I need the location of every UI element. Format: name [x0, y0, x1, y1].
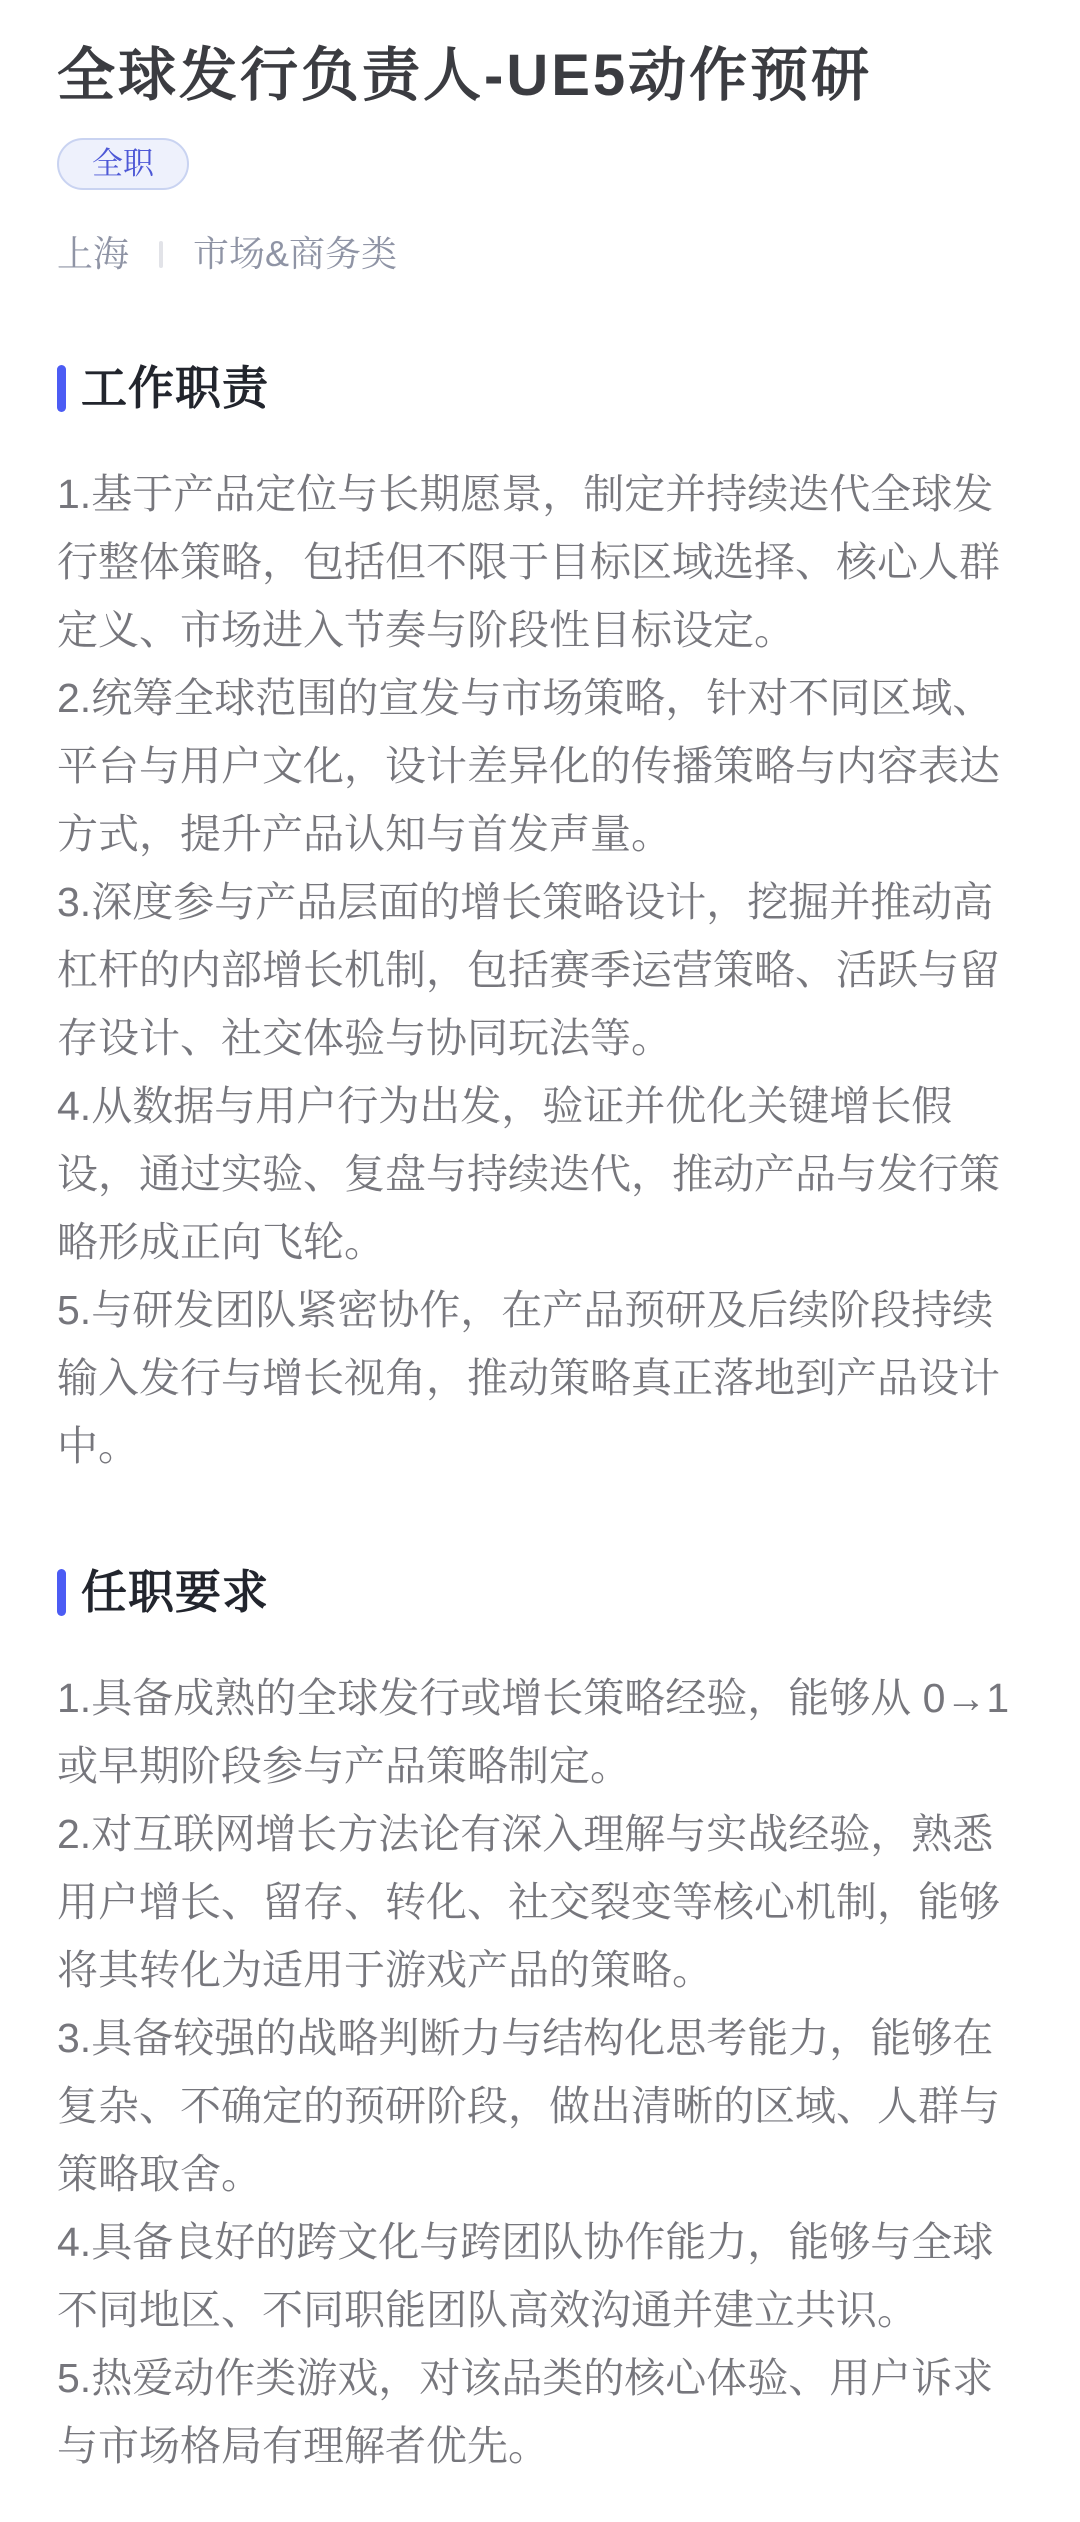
section-responsibilities-header: 工作职责 [57, 364, 1025, 412]
section-responsibilities-body: 1.基于产品定位与长期愿景，制定并持续迭代全球发行整体策略，包括但不限于目标区域… [57, 460, 1025, 1480]
section-accent-bar [57, 365, 66, 412]
section-requirements-body: 1.具备成熟的全球发行或增长策略经验，能够从 0→1 或早期阶段参与产品策略制定… [57, 1664, 1025, 2480]
badge-row: 全职 [57, 138, 1025, 190]
section-title: 任职要求 [81, 1568, 269, 1616]
section-requirements-header: 任职要求 [57, 1568, 1025, 1616]
section-responsibilities: 工作职责 1.基于产品定位与长期愿景，制定并持续迭代全球发行整体策略，包括但不限… [57, 364, 1025, 1480]
responsibility-item: 1.基于产品定位与长期愿景，制定并持续迭代全球发行整体策略，包括但不限于目标区域… [57, 460, 1025, 664]
requirement-item: 2.对互联网增长方法论有深入理解与实战经验，熟悉用户增长、留存、转化、社交裂变等… [57, 1800, 1025, 2004]
requirement-item: 1.具备成熟的全球发行或增长策略经验，能够从 0→1 或早期阶段参与产品策略制定… [57, 1664, 1025, 1800]
requirement-item: 5.热爱动作类游戏，对该品类的核心体验、用户诉求与市场格局有理解者优先。 [57, 2344, 1025, 2480]
requirement-item: 4.具备良好的跨文化与跨团队协作能力，能够与全球不同地区、不同职能团队高效沟通并… [57, 2208, 1025, 2344]
job-location: 上海 [57, 234, 129, 274]
section-requirements: 任职要求 1.具备成熟的全球发行或增长策略经验，能够从 0→1 或早期阶段参与产… [57, 1568, 1025, 2480]
job-detail-page: 全球发行负责人-UE5动作预研 全职 上海 市场&商务类 工作职责 1.基于产品… [0, 0, 1080, 2522]
meta-divider [159, 241, 163, 268]
responsibility-item: 3.深度参与产品层面的增长策略设计，挖掘并推动高杠杆的内部增长机制，包括赛季运营… [57, 868, 1025, 1072]
responsibility-item: 4.从数据与用户行为出发，验证并优化关键增长假设，通过实验、复盘与持续迭代，推动… [57, 1072, 1025, 1276]
responsibility-item: 5.与研发团队紧密协作，在产品预研及后续阶段持续输入发行与增长视角，推动策略真正… [57, 1276, 1025, 1480]
responsibility-item: 2.统筹全球范围的宣发与市场策略，针对不同区域、平台与用户文化，设计差异化的传播… [57, 664, 1025, 868]
job-category: 市场&商务类 [193, 234, 397, 274]
job-meta-row: 上海 市场&商务类 [57, 234, 1025, 274]
page-title: 全球发行负责人-UE5动作预研 [57, 42, 1025, 110]
section-title: 工作职责 [81, 364, 269, 412]
requirement-item: 3.具备较强的战略判断力与结构化思考能力，能够在复杂、不确定的预研阶段，做出清晰… [57, 2004, 1025, 2208]
section-accent-bar [57, 1569, 66, 1616]
employment-type-badge: 全职 [57, 138, 189, 190]
